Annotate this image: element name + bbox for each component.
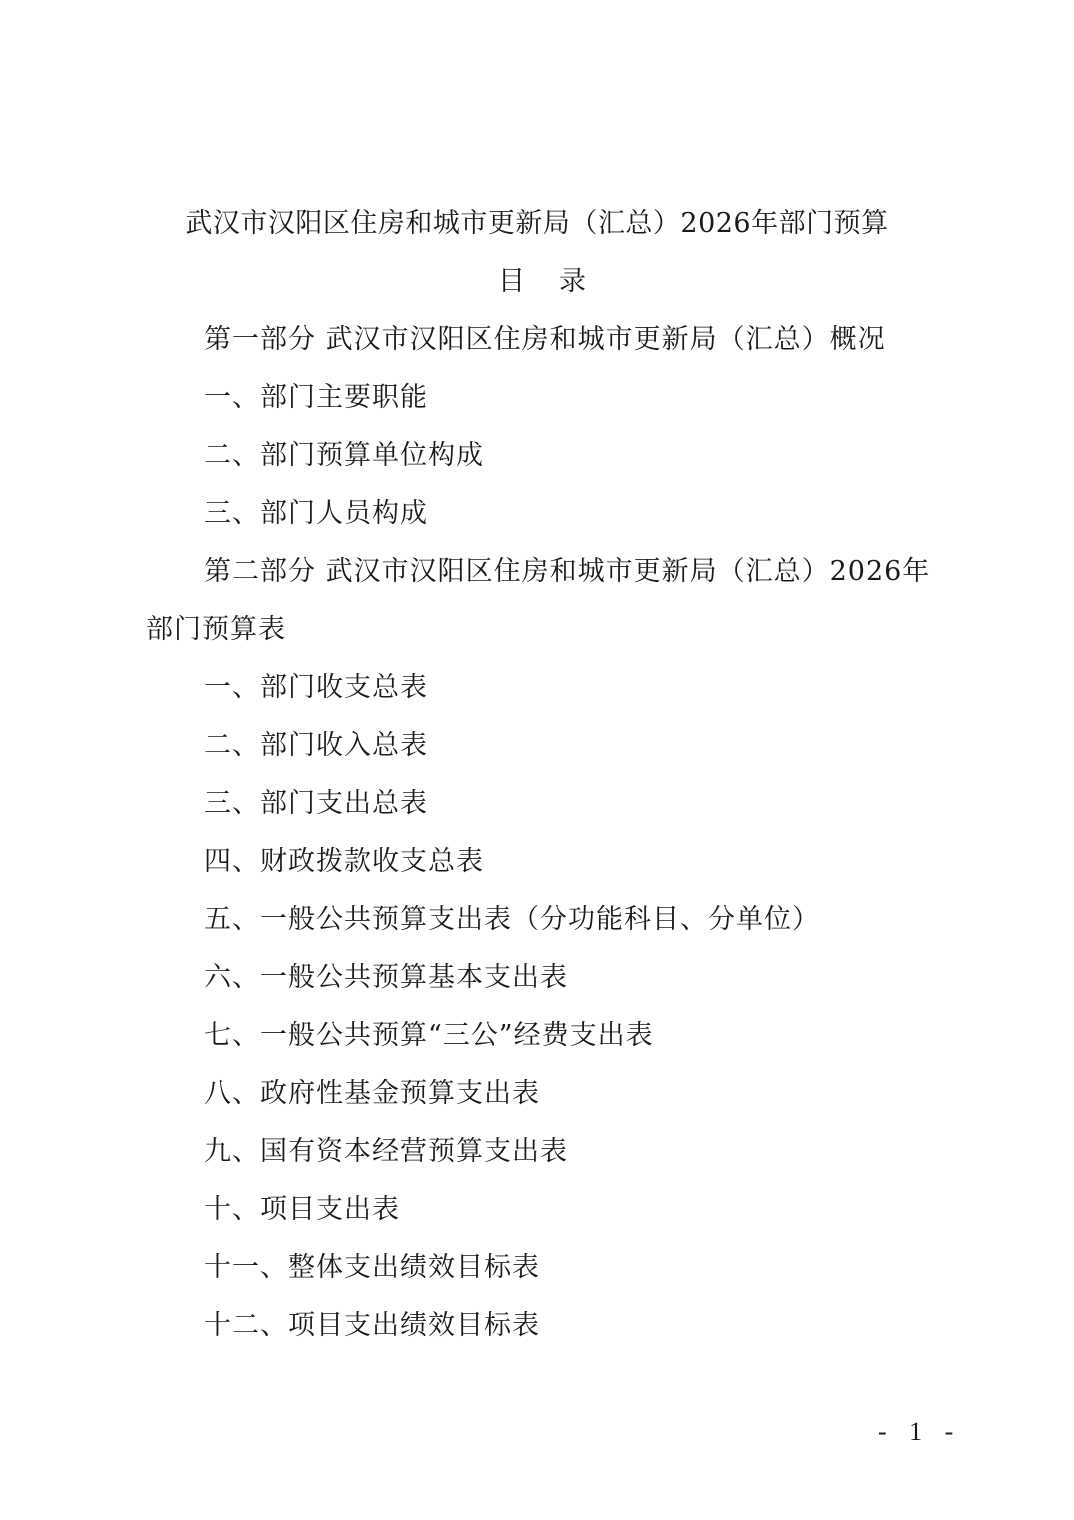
toc-item[interactable]: 九、国有资本经营预算支出表 [204, 1134, 568, 1170]
toc-part-2-continued[interactable]: 部门预算表 [146, 612, 286, 648]
toc-item[interactable]: 二、部门预算单位构成 [204, 438, 484, 474]
toc-item[interactable]: 一、部门收支总表 [204, 670, 428, 706]
toc-part-2[interactable]: 第二部分 武汉市汉阳区住房和城市更新局（汇总）2026年 [204, 554, 930, 590]
toc-heading-char: 目 [498, 264, 525, 300]
toc-item[interactable]: 三、部门人员构成 [204, 496, 428, 532]
toc-item[interactable]: 十一、整体支出绩效目标表 [204, 1250, 540, 1286]
page-number: - 1 - [878, 1414, 961, 1450]
toc-item[interactable]: 十二、项目支出绩效目标表 [204, 1308, 540, 1344]
toc-item[interactable]: 六、一般公共预算基本支出表 [204, 960, 568, 996]
toc-part-1[interactable]: 第一部分 武汉市汉阳区住房和城市更新局（汇总）概况 [204, 322, 886, 358]
toc-item[interactable]: 十、项目支出表 [204, 1192, 400, 1228]
toc-heading: 目录 [0, 264, 1074, 300]
toc-item[interactable]: 四、财政拨款收支总表 [204, 844, 484, 880]
toc-item[interactable]: 二、部门收入总表 [204, 728, 428, 764]
toc-item[interactable]: 三、部门支出总表 [204, 786, 428, 822]
toc-heading-char: 录 [559, 264, 586, 300]
toc-item[interactable]: 五、一般公共预算支出表（分功能科目、分单位） [204, 902, 820, 938]
toc-item[interactable]: 一、部门主要职能 [204, 380, 428, 416]
toc-item[interactable]: 八、政府性基金预算支出表 [204, 1076, 540, 1112]
document-title: 武汉市汉阳区住房和城市更新局（汇总）2026年部门预算 [0, 206, 1074, 242]
toc-item[interactable]: 七、一般公共预算“三公”经费支出表 [204, 1018, 654, 1054]
